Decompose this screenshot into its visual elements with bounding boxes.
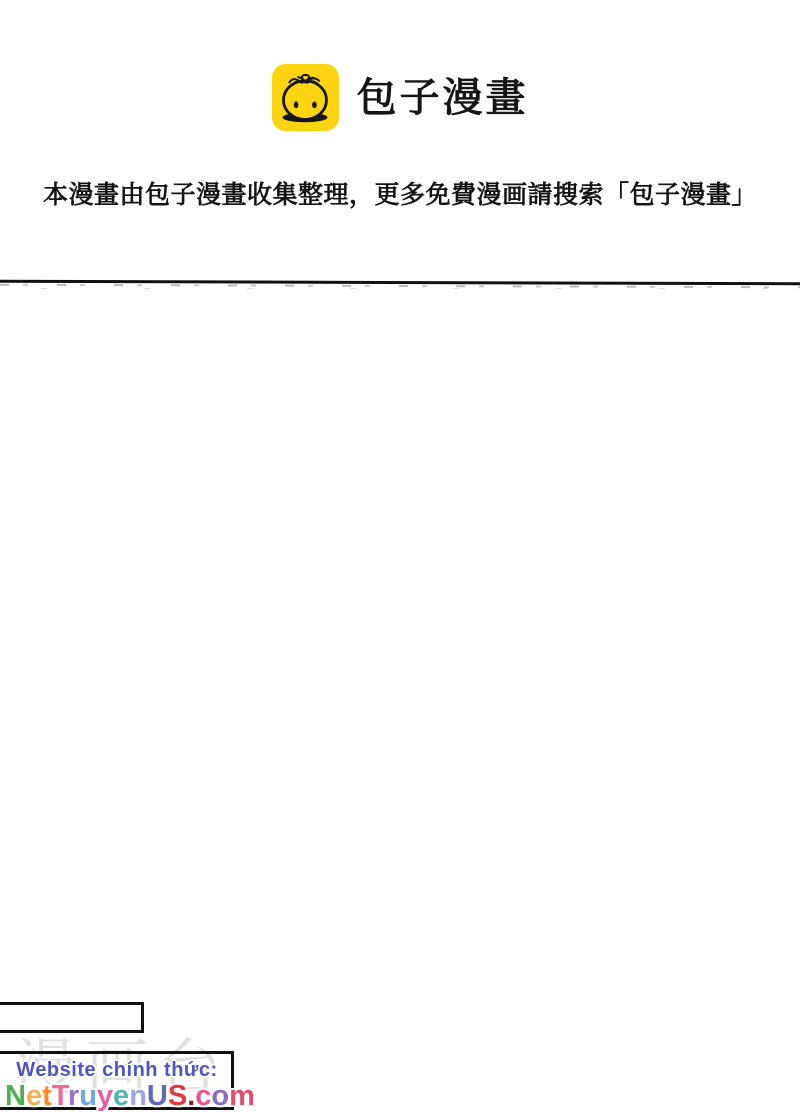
site-name-letter: S [168, 1080, 187, 1112]
site-name-letter: y [97, 1080, 113, 1112]
site-name-letter: o [211, 1080, 229, 1112]
brand-logo-row: 包子漫畫 [0, 64, 800, 131]
blank-comic-panel [0, 291, 800, 991]
brand-tagline: 本漫畫由包子漫畫收集整理，更多免費漫画請搜索「包子漫畫」 [0, 175, 800, 211]
baozi-mascot-icon [272, 64, 339, 131]
site-name-letter: r [68, 1080, 79, 1112]
site-name-letter: T [52, 1080, 68, 1112]
site-name-letter: U [147, 1080, 168, 1112]
site-name-letter: e [113, 1080, 129, 1112]
torn-edge-specks [0, 288, 800, 289]
empty-panel-box-small [0, 1002, 144, 1033]
site-name-letter: u [79, 1080, 97, 1112]
site-name-letter: m [229, 1080, 255, 1112]
site-name-letter: c [195, 1080, 211, 1112]
site-name-link[interactable]: NetTruyenUS.com [5, 1082, 255, 1111]
site-name-letter: e [26, 1080, 42, 1112]
official-site-label: Website chính thức: [0, 1059, 234, 1082]
site-name-letter: n [129, 1080, 147, 1112]
site-name-letter: t [42, 1080, 52, 1112]
site-name-letter: N [5, 1080, 26, 1112]
brand-name: 包子漫畫 [357, 78, 529, 118]
comic-credit-page: 包子漫畫 本漫畫由包子漫畫收集整理，更多免費漫画請搜索「包子漫畫」 漫画台 We… [0, 0, 800, 1112]
